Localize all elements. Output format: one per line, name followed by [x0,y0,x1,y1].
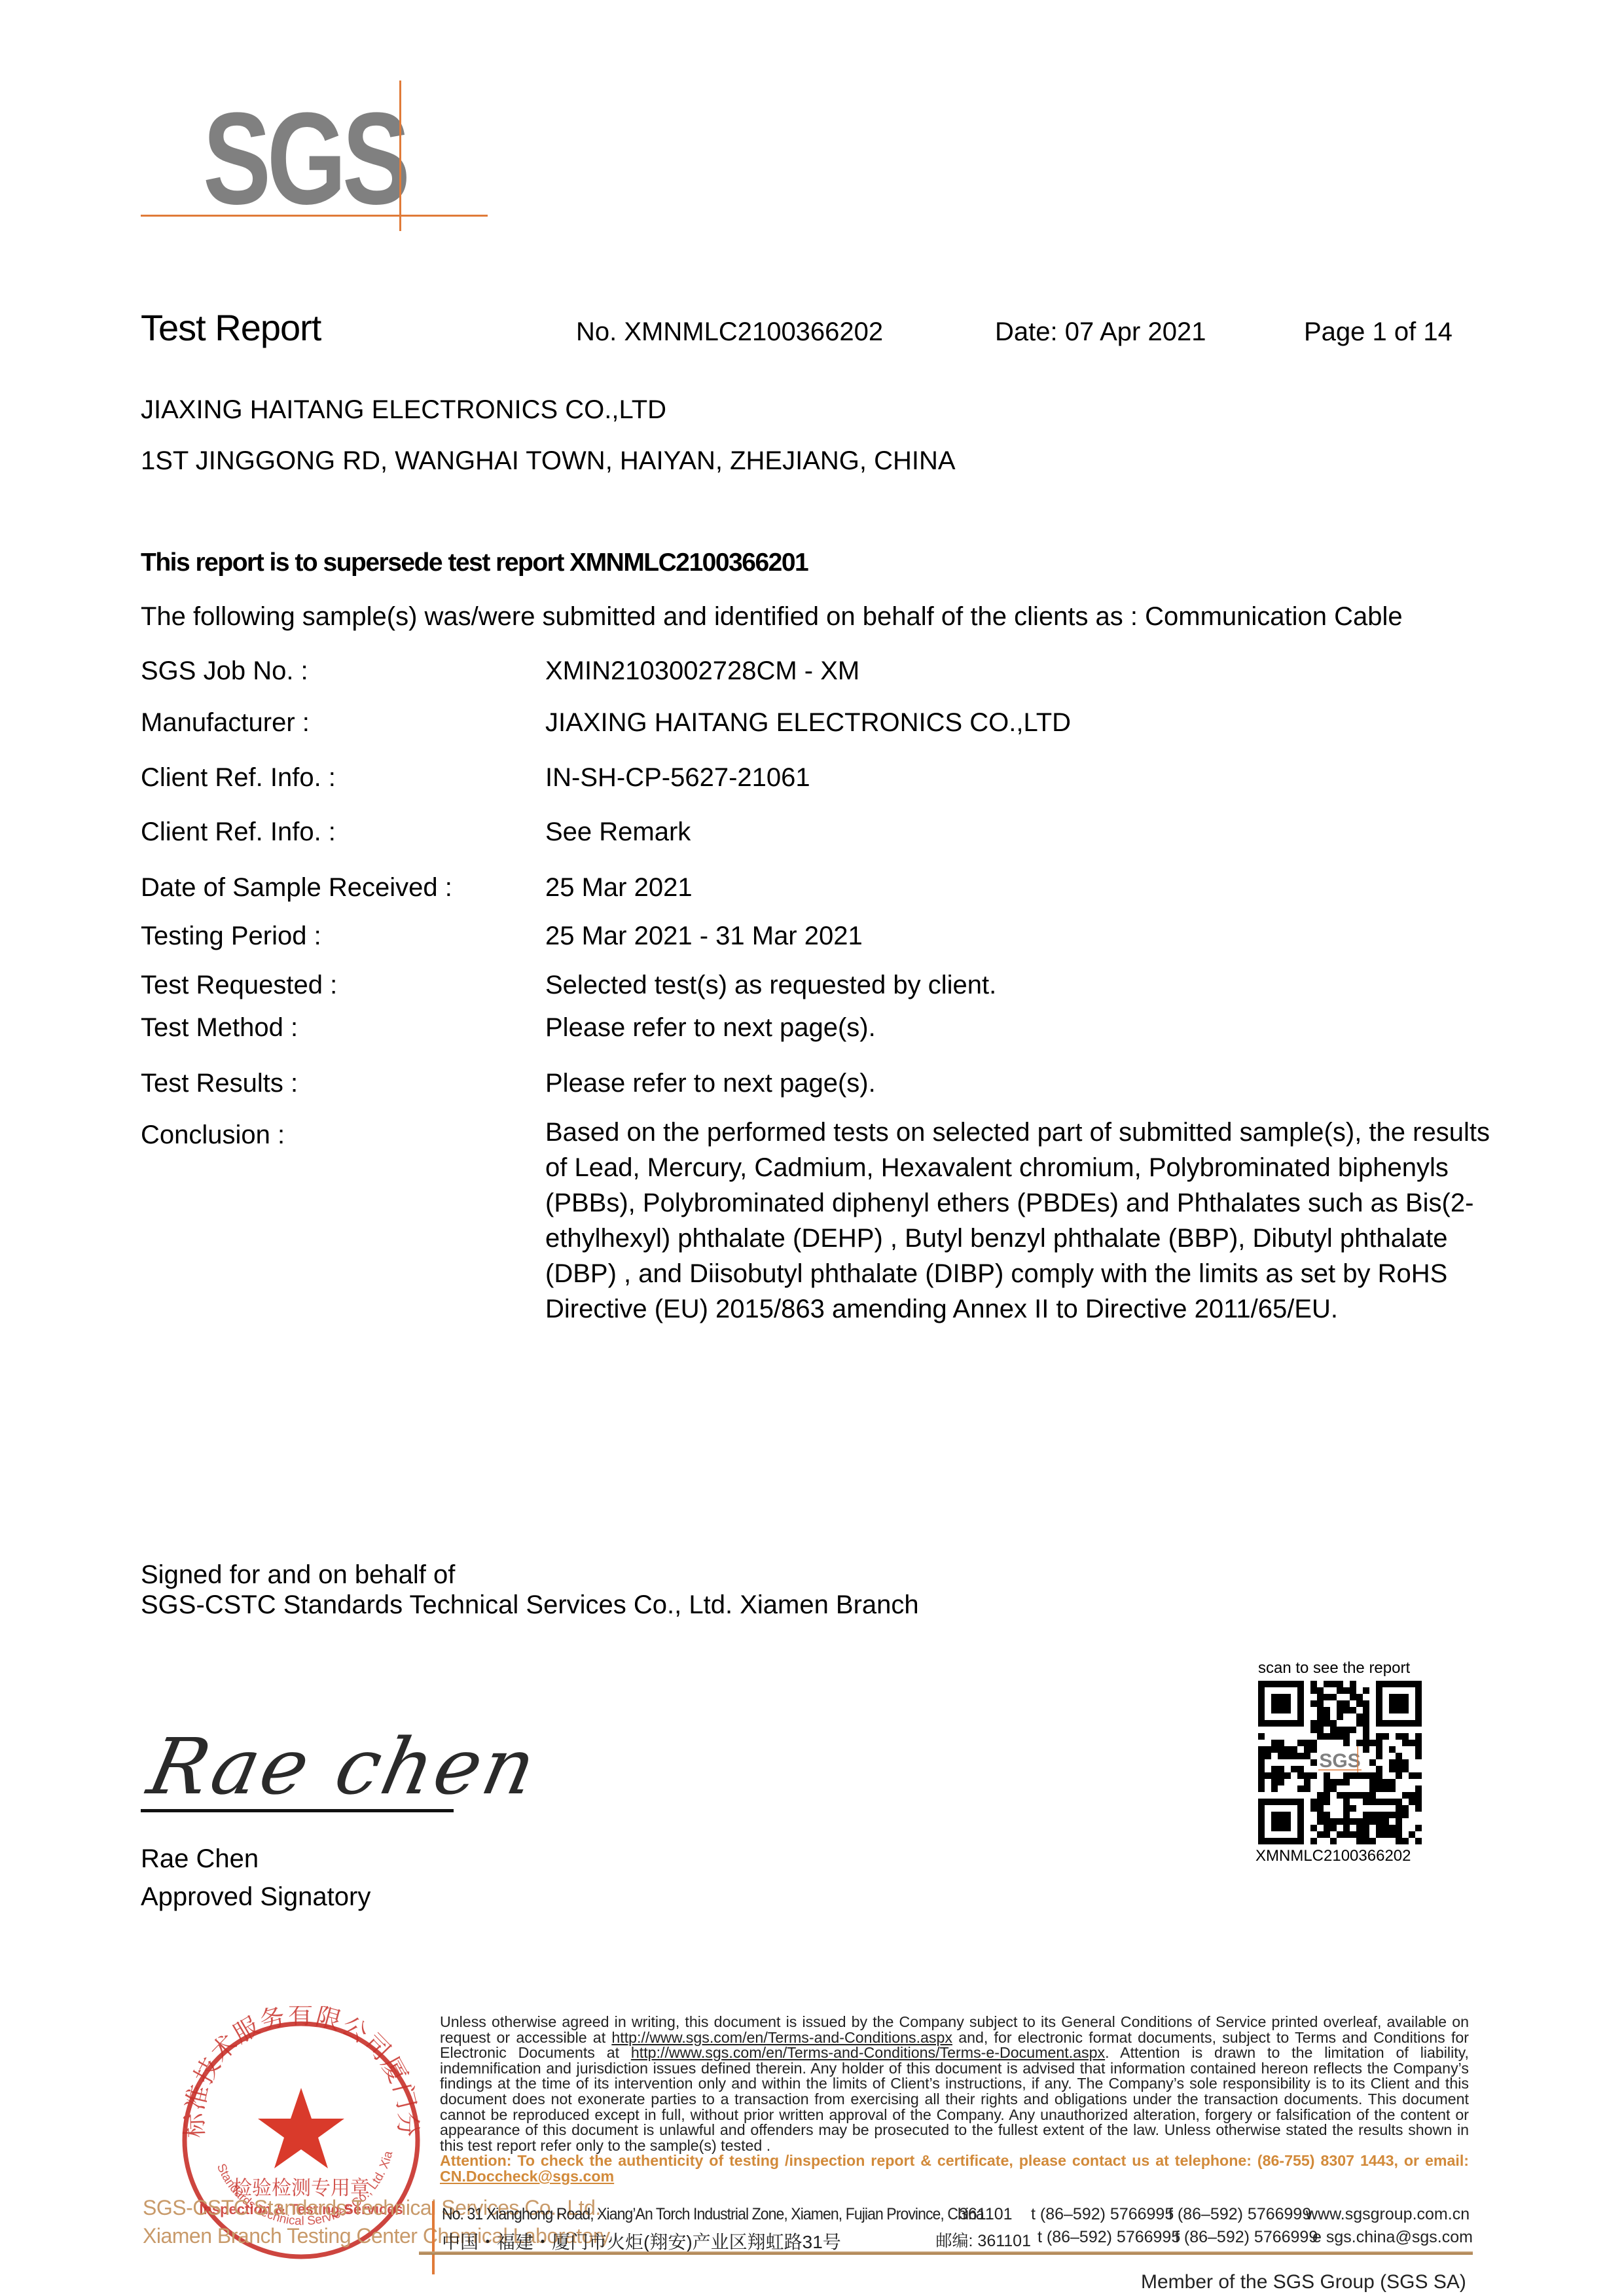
website-link[interactable]: www.sgsgroup.com.cn [1306,2205,1470,2224]
contact-row-en: No. 31 Xianghong Road, Xiang’An Torch In… [442,2205,1470,2224]
contact-divider-vertical [432,2201,435,2274]
field-value-client-ref-1: IN-SH-CP-5627-21061 [545,763,810,793]
qr-caption: scan to see the report [1258,1659,1410,1677]
member-note: Member of the SGS Group (SGS SA) [1141,2271,1466,2293]
qr-report-id: XMNMLC2100366202 [1255,1847,1411,1865]
report-number: No. XMNMLC2100366202 [576,317,883,347]
field-label-test-requested: Test Requested : [141,971,337,1000]
field-value-job-no: XMIN2103002728CM - XM [545,656,859,686]
e-document-terms-link[interactable]: http://www.sgs.com/en/Terms-and-Conditio… [631,2044,1105,2061]
supersede-note: This report is to supersede test report … [141,548,808,577]
footer-divider [419,2251,1473,2255]
handwritten-signature: Rae chen [141,1721,546,1812]
field-label-manufacturer: Manufacturer : [141,708,310,738]
field-label-date-received: Date of Sample Received : [141,873,452,903]
terms-fine-print: Unless otherwise agreed in writing, this… [440,2015,1469,2185]
qr-code-icon: SGS [1258,1681,1422,1844]
logo-horizontal-rule [141,215,488,217]
logo-text: SGS [203,94,406,224]
field-label-conclusion: Conclusion : [141,1121,285,1150]
address-cn: 中国・福建・厦门市火炬(翔安)产业区翔虹路31号 [442,2228,867,2254]
email-link[interactable]: e sgs.china@sgs.com [1312,2228,1473,2254]
report-date: Date: 07 Apr 2021 [995,317,1206,347]
field-value-manufacturer: JIAXING HAITANG ELECTRONICS CO.,LTD [545,708,1071,738]
signature-line [141,1809,454,1812]
doccheck-email-link[interactable]: CN.Doccheck@sgs.com [440,2168,614,2185]
submission-statement: The following sample(s) was/were submitt… [141,602,1403,632]
field-label-job-no: SGS Job No. : [141,656,308,686]
signatory-title: Approved Signatory [141,1882,370,1912]
client-address: 1ST JINGGONG RD, WANGHAI TOWN, HAIYAN, Z… [141,446,956,476]
contact-row-cn: 中国・福建・厦门市火炬(翔安)产业区翔虹路31号 邮编: 361101 t (8… [442,2228,1473,2254]
address-en: No. 31 Xianghong Road, Xiang’An Torch In… [442,2205,918,2224]
signatory-name: Rae Chen [141,1844,259,1874]
field-value-testing-period: 25 Mar 2021 - 31 Mar 2021 [545,922,863,951]
field-value-test-requested: Selected test(s) as requested by client. [545,971,996,1000]
postcode-cn: 邮编: 361101 [867,2228,1031,2254]
telephone-cn: t (86–592) 5766995 [1031,2228,1175,2254]
svg-text:SGS: SGS [1319,1750,1360,1772]
terms-link[interactable]: http://www.sgs.com/en/Terms-and-Conditio… [611,2029,952,2046]
field-value-date-received: 25 Mar 2021 [545,873,693,903]
client-name: JIAXING HAITANG ELECTRONICS CO.,LTD [141,395,666,425]
field-label-testing-period: Testing Period : [141,922,321,951]
field-label-test-results: Test Results : [141,1069,298,1098]
field-value-test-method: Please refer to next page(s). [545,1013,876,1043]
telephone-en: t (86–592) 5766995 [1031,2205,1168,2224]
fax-cn: f (86–592) 5766999 [1175,2228,1312,2254]
signing-organization: SGS-CSTC Standards Technical Services Co… [141,1590,919,1620]
field-label-test-method: Test Method : [141,1013,298,1043]
field-label-client-ref-2: Client Ref. Info. : [141,817,336,847]
logo-vertical-rule [399,81,401,231]
report-title: Test Report [141,306,321,349]
authenticity-notice: Attention: To check the authenticity of … [440,2152,1469,2169]
qr-code[interactable]: SGS [1258,1681,1422,1844]
page-indicator: Page 1 of 14 [1304,317,1453,347]
sgs-logo: SGS [141,75,488,229]
field-value-client-ref-2: See Remark [545,817,691,847]
field-label-client-ref-1: Client Ref. Info. : [141,763,336,793]
signed-on-behalf: Signed for and on behalf of [141,1560,455,1590]
field-value-test-results: Please refer to next page(s). [545,1069,876,1098]
fax-en: f (86–592) 5766999 [1168,2205,1306,2224]
conclusion-text: Based on the performed tests on selected… [545,1115,1514,1327]
